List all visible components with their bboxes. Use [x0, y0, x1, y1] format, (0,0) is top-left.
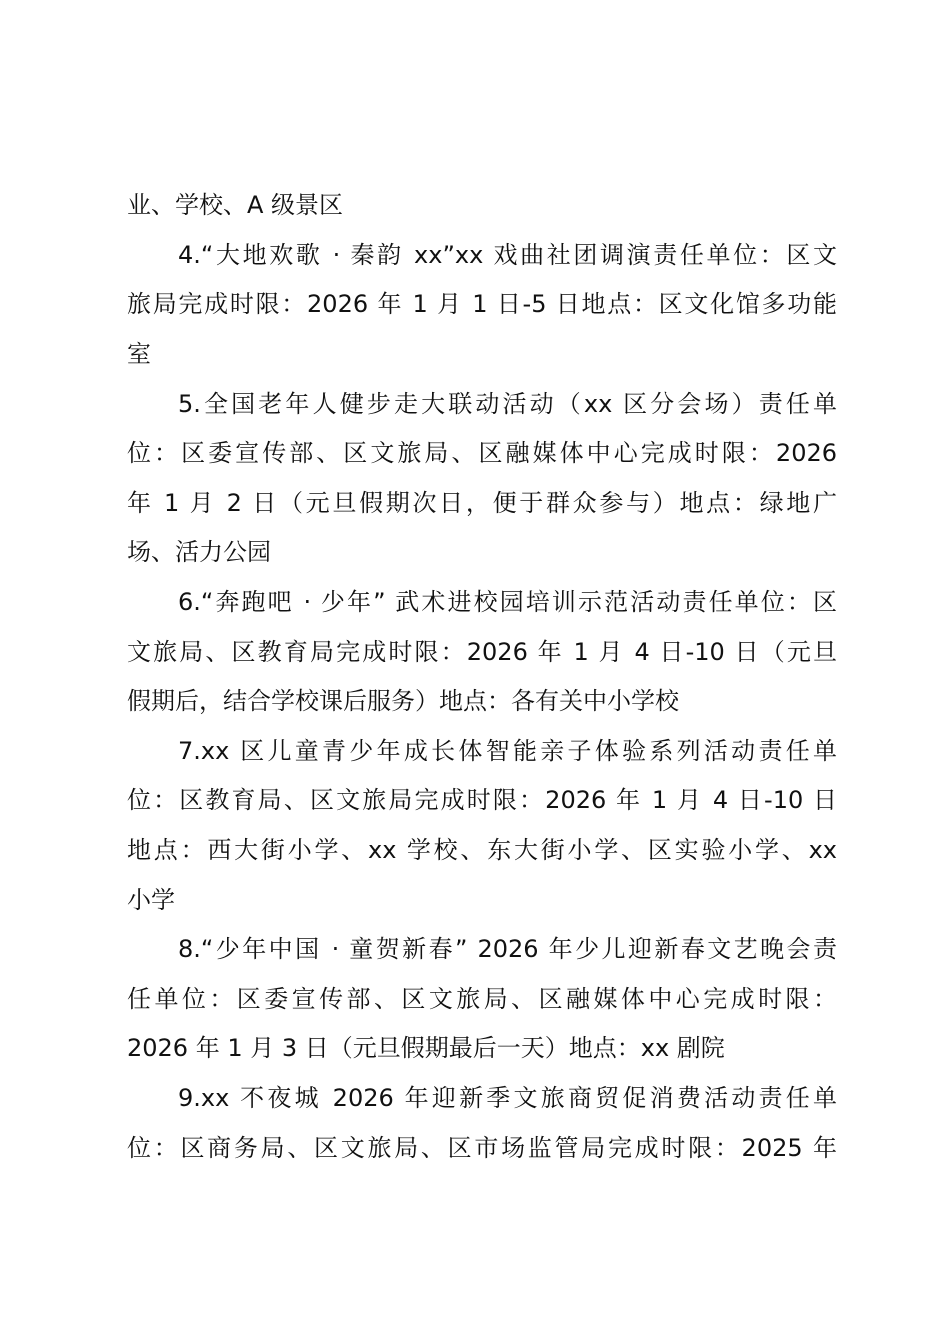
text-line: 位：区委宣传部、区文旅局、区融媒体中心完成时限：2026: [127, 433, 837, 473]
text-line: 位：区商务局、区文旅局、区市场监管局完成时限：2025 年: [127, 1128, 837, 1168]
text-line: 任单位：区委宣传部、区文旅局、区融媒体中心完成时限：: [127, 979, 837, 1019]
text-line: 文旅局、区教育局完成时限：2026 年 1 月 4 日-10 日（元旦: [127, 632, 837, 672]
text-line-item-4: 4.“大地欢歌 · 秦韵 xx”xx 戏曲社团调演责任单位：区文: [178, 235, 837, 275]
text-line: 年 1 月 2 日（元旦假期次日，便于群众参与）地点：绿地广: [127, 483, 837, 523]
text-line-item-5: 5.全国老年人健步走大联动活动（xx 区分会场）责任单: [178, 384, 837, 424]
text-line: 场、活力公园: [127, 532, 837, 572]
text-line: 小学: [127, 880, 837, 920]
text-line: 假期后，结合学校课后服务）地点：各有关中小学校: [127, 681, 837, 721]
text-line: 地点：西大街小学、xx 学校、东大街小学、区实验小学、xx: [127, 830, 837, 870]
text-line-item-6: 6.“奔跑吧 · 少年” 武术进校园培训示范活动责任单位：区: [178, 582, 837, 622]
text-line-item-7: 7.xx 区儿童青少年成长体智能亲子体验系列活动责任单: [178, 731, 837, 771]
text-line: 旅局完成时限：2026 年 1 月 1 日-5 日地点：区文化馆多功能: [127, 284, 837, 324]
text-line: 业、学校、A 级景区: [127, 185, 837, 225]
text-line-item-8: 8.“少年中国 · 童贺新春” 2026 年少儿迎新春文艺晚会责: [178, 929, 837, 969]
text-line: 室: [127, 334, 837, 374]
text-line: 位：区教育局、区文旅局完成时限：2026 年 1 月 4 日-10 日: [127, 780, 837, 820]
text-line-item-9: 9.xx 不夜城 2026 年迎新季文旅商贸促消费活动责任单: [178, 1078, 837, 1118]
document-page: 业、学校、A 级景区 4.“大地欢歌 · 秦韵 xx”xx 戏曲社团调演责任单位…: [0, 0, 950, 1344]
text-line: 2026 年 1 月 3 日（元旦假期最后一天）地点：xx 剧院: [127, 1028, 837, 1068]
